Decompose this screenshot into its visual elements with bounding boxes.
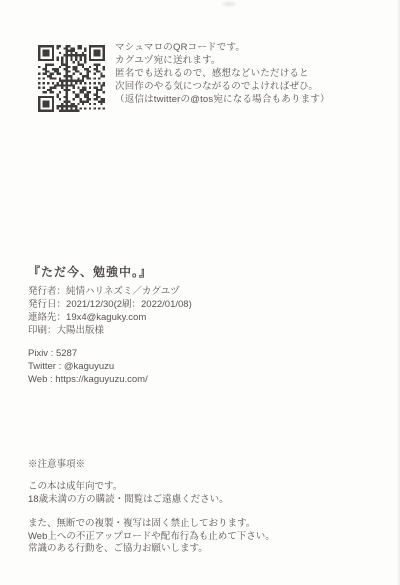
printer-value: 大陽出版様 bbox=[57, 325, 105, 336]
marshmallow-line: （返信はtwitterの@tos宛になる場合もあります） bbox=[115, 93, 330, 106]
separator: ： bbox=[57, 312, 67, 323]
book-title: 『ただ今、勉強中。』 bbox=[28, 263, 152, 280]
publish-date-label: 発行日 bbox=[28, 299, 57, 310]
twitter-line: Twitter : @kaguyuzu bbox=[28, 360, 148, 373]
separator: : bbox=[48, 348, 56, 359]
publication-details: 発行者：純情ハリネズミ／カグユヅ 発行日：2021/12/30(2刷：2022/… bbox=[28, 285, 192, 337]
marshmallow-note: マシュマロのQRコードです。 カグユヅ宛に送れます。 匿名でも送れるので、感想な… bbox=[115, 41, 330, 106]
author-links: Pixiv : 5287 Twitter : @kaguyuzu Web : h… bbox=[28, 347, 148, 386]
marshmallow-line: 次回作のやる気につながるのでよければぜひ。 bbox=[115, 80, 330, 93]
notice-heading: ※注意事項※ bbox=[28, 456, 85, 470]
publisher-label: 発行者 bbox=[28, 286, 57, 297]
pixiv-id: 5287 bbox=[56, 348, 77, 359]
web-label: Web bbox=[28, 374, 47, 385]
printer-label: 印刷 bbox=[28, 325, 47, 336]
notice-line: また、無断での複製・複写は固く禁止しております。 bbox=[28, 518, 275, 531]
separator: ： bbox=[47, 325, 57, 336]
separator: : bbox=[56, 361, 64, 372]
colophon-page: マシュマロのQRコードです。 カグユヅ宛に送れます。 匿名でも送れるので、感想な… bbox=[0, 0, 400, 585]
printer-line: 印刷：大陽出版様 bbox=[28, 324, 192, 337]
web-line: Web : https://kaguyuzu.com/ bbox=[28, 373, 148, 386]
marshmallow-line: カグユヅ宛に送れます。 bbox=[115, 54, 330, 67]
separator: ： bbox=[57, 299, 67, 310]
twitter-handle: @kaguyuzu bbox=[64, 361, 114, 372]
contact-label: 連絡先 bbox=[28, 312, 57, 323]
notice-line: 常識のある行動を、ご協力お願いします。 bbox=[28, 543, 275, 556]
notice-copyright: また、無断での複製・複写は固く禁止しております。 Web上への不正アップロードや… bbox=[28, 518, 275, 556]
notice-line: この本は成年向です。 bbox=[28, 481, 229, 494]
pixiv-label: Pixiv bbox=[28, 348, 48, 359]
qr-code-icon bbox=[38, 45, 105, 112]
scan-artifact bbox=[220, 0, 238, 8]
web-url: https://kaguyuzu.com/ bbox=[55, 374, 147, 385]
contact-value: 19x4@kaguky.com bbox=[66, 312, 146, 323]
twitter-label: Twitter bbox=[28, 361, 56, 372]
publish-date-line: 発行日：2021/12/30(2刷：2022/01/08) bbox=[28, 298, 192, 311]
notice-line: 18歳未満の方の購読・閲覧はご遠慮ください。 bbox=[28, 494, 229, 507]
contact-line: 連絡先：19x4@kaguky.com bbox=[28, 311, 192, 324]
publisher-value: 純情ハリネズミ／カグユヅ bbox=[66, 286, 180, 297]
publish-date-value: 2021/12/30(2刷：2022/01/08) bbox=[66, 299, 192, 310]
publisher-line: 発行者：純情ハリネズミ／カグユヅ bbox=[28, 285, 192, 298]
marshmallow-line: マシュマロのQRコードです。 bbox=[115, 41, 330, 54]
notice-age-restriction: この本は成年向です。 18歳未満の方の購読・閲覧はご遠慮ください。 bbox=[28, 481, 229, 506]
marshmallow-line: 匿名でも送れるので、感想などいただけると bbox=[115, 67, 330, 80]
pixiv-line: Pixiv : 5287 bbox=[28, 347, 148, 360]
separator: ： bbox=[57, 286, 67, 297]
notice-line: Web上への不正アップロードや配布行為も止めて下さい。 bbox=[28, 531, 275, 544]
